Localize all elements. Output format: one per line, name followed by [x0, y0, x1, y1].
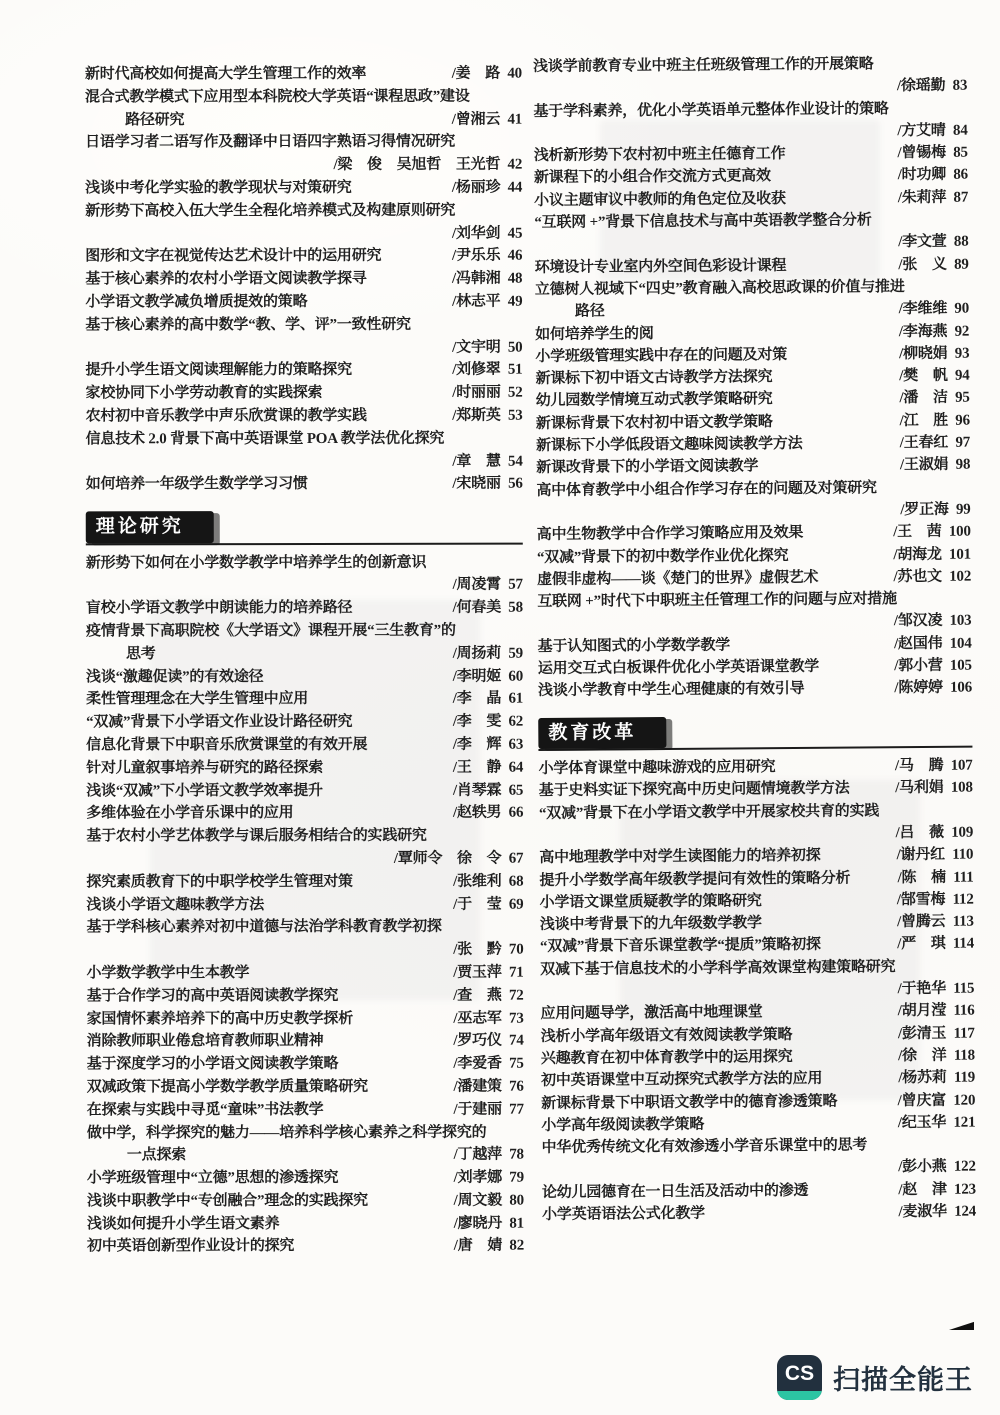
entry-title: 浅谈小学语文趣味教学方法	[86, 894, 264, 917]
camscanner-logo-label: 扫描全能王	[833, 1358, 973, 1397]
entry-line: 小学数学教学中生本教学/贾玉萍 71	[87, 962, 524, 986]
entry-title: 日语学习者二语写作及翻译中日语四字熟语习得情况研究	[85, 131, 455, 154]
entry-title: 小学高年级阅读教学策略	[541, 1113, 704, 1137]
entry-author-page: /曾锡梅 85	[897, 142, 967, 165]
entry-line: 做中学，科学探究的魅力——培养科学核心素养之科学探究的	[87, 1121, 524, 1145]
entry-author-page: /杨丽珍 44	[452, 177, 522, 200]
toc-entry: 基于合作学习的高中英语阅读教学探究/查 燕 72	[87, 984, 524, 1008]
entry-title: 在探索与实践中寻觅“童味”书法教学	[87, 1099, 324, 1122]
entry-author-page: /朱莉萍 87	[898, 186, 968, 209]
entry-author-page: /刘修翠 51	[452, 359, 522, 382]
entry-title: 新形势下如何在小学数学教学中培养学生的创新意识	[86, 551, 426, 574]
entry-line: 图形和文字在视觉传达艺术设计中的运用研究/尹乐乐 46	[85, 245, 522, 269]
toc-entry: 消除教师职业倦怠培育教师职业精神/罗巧仪 74	[87, 1030, 524, 1054]
camscanner-logo-icon: CS	[777, 1355, 822, 1400]
entry-title: 新课标背景下中职语文教学中的德育渗透策略	[541, 1090, 837, 1115]
entry-line: 消除教师职业倦怠培育教师职业精神/罗巧仪 74	[87, 1030, 524, 1054]
entry-title: 基于核心素养的高中数学“教、学、评”一致性研究	[85, 314, 410, 337]
entry-author-page: /麦淑华 124	[898, 1201, 976, 1224]
entry-title: “互联网 +”背景下信息技术与高中英语教学整合分析	[534, 209, 871, 234]
entry-title: 柔性管理理念在大学生管理中应用	[86, 688, 308, 711]
entry-line: 如何培养一年级学生数学学习习惯/宋晓丽 56	[86, 473, 523, 497]
entry-title: 基于认知图式的小学数学教学	[538, 634, 731, 658]
entry-title: 探究素质教育下的中职学校学生管理对策	[86, 871, 352, 894]
entry-line: 多维体验在小学音乐课中的应用/赵轶男 66	[86, 802, 523, 826]
entry-title: 如何培养一年级学生数学学习习惯	[86, 473, 308, 496]
entry-line: 基于农村小学艺体教学与课后服务相结合的实践研究	[86, 825, 523, 849]
entry-title: 小学班级管理实践中存在的问题及对策	[535, 344, 787, 368]
entry-title: 浅谈“激趣促读”的有效途径	[86, 666, 263, 689]
entry-author-page: /赵 津 123	[898, 1178, 976, 1201]
entry-author-page: /吕 薇 109	[895, 822, 973, 845]
toc-entry: 基于史料实证下探究高中历史问题情境教学方法/马利娟 108	[539, 777, 973, 803]
toc-entry: 新形势下如何在小学数学教学中培养学生的创新意识/周凌霄 57	[86, 551, 523, 597]
toc-entry: 基于核心素养的高中数学“教、学、评”一致性研究/文宇明 50	[85, 313, 522, 359]
entry-author-page: /马 腾 107	[895, 755, 973, 778]
entry-title-continuation: 思考	[86, 643, 156, 666]
entry-title-continuation: 路径研究	[85, 109, 184, 132]
entry-line: 家国情怀素养培养下的高中历史教学探析/巫志军 73	[87, 1007, 524, 1031]
entry-title: 高中生物教学中合作学习策略应用及效果	[537, 522, 804, 546]
entry-line: 提升小学生语文阅读理解能力的策略探究/刘修翠 51	[85, 359, 522, 383]
entry-author-page: /周文毅 80	[454, 1190, 524, 1213]
entry-line: 新形势下如何在小学数学教学中培养学生的创新意识	[86, 551, 523, 575]
toc-column-right: 浅谈学前教育专业中班主任班级管理工作的开展策略/徐瑶勤 83基于学科素养，优化小…	[533, 53, 976, 1227]
entry-title: “双减”背景下在小学语文教学中开展家校共育的实践	[539, 800, 879, 825]
entry-line: 日语学习者二语写作及翻译中日语四字熟语习得情况研究	[85, 131, 522, 155]
entry-title-continuation: 路径	[535, 301, 605, 324]
entry-title: 基于史料实证下探究高中历史问题情境教学方法	[539, 778, 850, 803]
entry-title: 中华优秀传统文化有效渗透小学音乐课堂中的思考	[541, 1135, 867, 1160]
entry-author-page: /时功卿 86	[898, 164, 968, 187]
entry-author-page: /赵国伟 104	[894, 632, 972, 655]
toc-entry: 立德树人视域下“四史”教育融入高校思政课的价值与推进路径/李维维 90	[535, 276, 969, 324]
entry-line: 小议主题审议中教师的角色定位及收获/朱莉萍 87	[534, 186, 968, 212]
camscanner-watermark: CS 扫描全能王	[777, 1355, 973, 1400]
entry-title: 基于学科核心素养对初中道德与法治学科教育教学初探	[86, 916, 441, 939]
toc-entry: 提升小学生语文阅读理解能力的策略探究/刘修翠 51	[85, 359, 522, 383]
toc-entry: 双减政策下提高小学数学教学质量策略研究/潘建策 76	[87, 1076, 524, 1100]
entry-author-page: /宋晓丽 56	[452, 473, 522, 496]
entry-title: 高中地理教学中对学生读图能力的培养初探	[539, 845, 820, 870]
entry-title: 新课标背景下农村初中语文教学策略	[536, 411, 773, 435]
entry-title: 做中学，科学探究的魅力——培养科学核心素养之科学探究的	[87, 1121, 487, 1144]
entry-line: 虚假非虚构——谈《楚门的世界》虚假艺术/苏也文 102	[537, 565, 971, 591]
entry-continuation-line: /徐瑶勤 83	[533, 75, 967, 101]
entry-author-page: /林志平 49	[452, 291, 522, 314]
toc-entry: 疫情背景下高职院校《大学语文》课程开展“三生教育”的思考/周扬莉 59	[86, 620, 523, 666]
entry-title: 浅谈中考背景下的九年级数学教学	[540, 912, 762, 936]
entry-title: 浅析新形势下农村初中班主任德育工作	[534, 143, 786, 167]
entry-title: 立德树人视域下“四史”教育融入高校思政课的价值与推进	[535, 276, 905, 301]
entry-line: 初中英语创新型作业设计的探究/唐 婧 82	[87, 1235, 524, 1259]
entry-title: 新课标下小学低段语文趣味阅读教学方法	[536, 433, 803, 457]
entry-author-page: /潘建策 76	[453, 1076, 523, 1099]
entry-author-page: /于艳华 115	[898, 978, 975, 1001]
entry-line: 基于合作学习的高中英语阅读教学探究/查 燕 72	[87, 984, 524, 1008]
entry-title: 基于合作学习的高中英语阅读教学探究	[87, 985, 339, 1008]
toc-entry: 小学班级管理中“立德”思想的渗透探究/刘孝娜 79	[87, 1167, 524, 1191]
entry-title-continuation: 一点探索	[87, 1145, 186, 1168]
entry-author-page: /彭清玉 117	[898, 1022, 975, 1045]
entry-title: 基于核心素养的农村小学语文阅读教学探寻	[85, 268, 366, 291]
entry-author-page: /李海燕 92	[899, 320, 969, 343]
toc-entry: 基于学科素养，优化小学英语单元整体作业设计的策略/方艾晴 84	[533, 97, 967, 145]
entry-title: 双减下基于信息技术的小学科学高效课堂构建策略研究	[540, 956, 895, 981]
toc-entry: 信息化背景下中职音乐欣赏课堂的有效开展/李 辉 63	[86, 734, 523, 758]
entry-title: 小学英语语法公式化教学	[542, 1203, 705, 1227]
entry-author-page: /丁越萍 78	[454, 1144, 524, 1167]
entry-line: 基于学科核心素养对初中道德与法治学科教育教学初探	[86, 916, 523, 940]
entry-title: 新课程下的小组合作交流方式更高效	[534, 166, 771, 190]
entry-title: 浅谈中职教学中“专创融合”理念的实践探究	[87, 1190, 368, 1213]
entry-title: 信息技术 2.0 背景下高中英语课堂 POA 教学法优化探究	[86, 428, 445, 451]
toc-entry: 浅谈小学教育中学生心理健康的有效引导/陈婷婷 106	[538, 677, 972, 703]
entry-line: 小学英语语法公式化教学/麦淑华 124	[542, 1201, 976, 1227]
entry-author-page: /刘华剑 45	[452, 222, 522, 245]
entry-title: 信息化背景下中职音乐欣赏课堂的有效开展	[86, 734, 367, 757]
entry-title: 运用交互式白板课件优化小学英语课堂教学	[538, 656, 819, 681]
entry-continuation-line: 思考/周扬莉 59	[86, 642, 523, 666]
toc-entry: “双减”背景下在小学语文教学中开展家校共育的实践/吕 薇 109	[539, 799, 973, 847]
entry-author-page: /冯韩湘 48	[452, 268, 522, 291]
entry-author-page: /纪玉华 121	[898, 1111, 976, 1134]
entry-author-page: /郑斯英 53	[452, 405, 522, 428]
toc-entry: 高中体育教学中小组合作学习存在的问题及对策研究/罗正海 99	[536, 476, 970, 524]
entry-title: 基于学科素养，优化小学英语单元整体作业设计的策略	[533, 98, 888, 123]
entry-author-page: /陈婷婷 106	[894, 677, 972, 700]
toc-entry: “互联网 +”背景下信息技术与高中英语教学整合分析/李文萱 88	[534, 209, 968, 257]
entry-line: 新课改背景下的小学语文阅读教学/王淑娟 98	[536, 454, 970, 480]
toc-entry: “双减”背景下小学语文作业设计路径研究/李 雯 62	[86, 711, 523, 735]
entry-author-page: /王淑娟 98	[900, 454, 970, 477]
entry-author-page: /胡海龙 101	[893, 543, 971, 566]
entry-author-page: /张 义 89	[898, 253, 968, 276]
entry-author-page: /李 晶 61	[453, 688, 523, 711]
entry-title: 浅谈中考化学实验的教学现状与对策研究	[85, 177, 351, 200]
entry-author-page: /谢丹红 110	[896, 844, 973, 867]
entry-line: 探究素质教育下的中职学校学生管理对策/张维利 68	[86, 870, 523, 894]
entry-line: 浅谈中考化学实验的教学现状与对策研究/杨丽珍 44	[85, 177, 522, 201]
entry-title: 家国情怀素养培养下的高中历史教学探析	[87, 1007, 353, 1030]
toc-entry: 家国情怀素养培养下的高中历史教学探析/巫志军 73	[87, 1007, 524, 1031]
entry-author-page: /贾玉萍 71	[453, 962, 523, 985]
entry-author-page: /郜雪梅 112	[897, 888, 974, 911]
entry-author-page: /胡月滢 116	[898, 1000, 975, 1023]
entry-author-page: /廖晓丹 81	[454, 1212, 524, 1235]
entry-line: 基于核心素养的高中数学“教、学、评”一致性研究	[85, 313, 522, 337]
entry-title: “双减”背景下的初中数学作业优化探究	[537, 545, 789, 569]
entry-title: 虚假非虚构——谈《楚门的世界》虚假艺术	[537, 567, 818, 592]
toc-entry: 小学数学教学中生本教学/贾玉萍 71	[87, 962, 524, 986]
entry-title: “双减”背景下小学语文作业设计路径研究	[86, 711, 352, 734]
toc-entry: 小学英语语法公式化教学/麦淑华 124	[542, 1201, 976, 1227]
toc-entry: 家校协同下小学劳动教育的实践探索/时丽丽 52	[86, 382, 523, 406]
entry-author-page: /樊 帆 94	[899, 365, 969, 388]
logo-strip	[777, 1391, 822, 1400]
entry-title: 新时代高校如何提高大学生管理工作的效率	[85, 63, 366, 86]
entry-continuation-line: /梁 俊 吴旭哲 王光哲 42	[85, 154, 522, 178]
entry-author-page: /柳晓娟 93	[899, 342, 969, 365]
toc-entry: 基于核心素养的农村小学语文阅读教学探寻/冯韩湘 48	[85, 268, 522, 292]
entry-line: 农村初中音乐教学中声乐欣赏课的教学实践/郑斯英 53	[86, 405, 523, 429]
toc-entry: 信息技术 2.0 背景下高中英语课堂 POA 教学法优化探究/章 慧 54	[86, 427, 523, 473]
toc-entry: 小学高年级阅读教学策略/纪玉华 121	[541, 1111, 975, 1137]
entry-author-page: /曾腾云 113	[897, 911, 974, 934]
entry-line: 小学班级管理中“立德”思想的渗透探究/刘孝娜 79	[87, 1167, 524, 1191]
section-header-label: 理论研究	[86, 511, 214, 543]
entry-line: 家校协同下小学劳动教育的实践探索/时丽丽 52	[86, 382, 523, 406]
entry-title: 新课改背景下的小学语文阅读教学	[536, 456, 758, 480]
entry-continuation-line: /章 慧 54	[86, 450, 523, 474]
entry-author-page: /何春美 58	[453, 597, 523, 620]
entry-author-page: /李 雯 62	[453, 711, 523, 734]
entry-author-page: /张维利 68	[453, 870, 523, 893]
toc-entry: 做中学，科学探究的魅力——培养科学核心素养之科学探究的一点探索/丁越萍 78	[87, 1121, 524, 1167]
entry-author-page: /彭小燕 122	[898, 1156, 976, 1179]
entry-title: 高中体育教学中小组合作学习存在的问题及对策研究	[536, 477, 877, 502]
entry-title: 基于农村小学艺体教学与课后服务相结合的实践研究	[86, 825, 426, 848]
entry-title: 互联网 +”时代下中职班主任管理工作的问题与应对措施	[537, 588, 897, 613]
entry-title: 浅谈小学教育中学生心理健康的有效引导	[538, 678, 805, 702]
entry-line: 混合式教学模式下应用型本科院校大学英语“课程思政”建设	[85, 85, 522, 109]
entry-title: 浅析小学高年级语文有效阅读教学策略	[541, 1024, 793, 1048]
entry-author-page: /赵轶男 66	[453, 802, 523, 825]
entry-author-page: /江 胜 96	[900, 409, 970, 432]
toc-entry: 小学语文教学减负增质提效的策略/林志平 49	[85, 291, 522, 315]
toc-entry: 新课改背景下的小学语文阅读教学/王淑娟 98	[536, 454, 970, 480]
entry-author-page: /王春红 97	[900, 432, 970, 455]
toc-entry: 新形势下高校入伍大学生全程化培养模式及构建原则研究/刘华剑 45	[85, 199, 522, 245]
entry-author-page: /李爱香 75	[453, 1053, 523, 1076]
toc-entry: 浅谈小学语文趣味教学方法/于 莹 69	[86, 893, 523, 917]
scan-corner-mark	[949, 1321, 974, 1330]
entry-author-page: /覃师令 徐 令 67	[394, 848, 524, 871]
entry-title: 兴趣教育在初中体育教学中的运用探究	[541, 1046, 793, 1070]
toc-entry: 基于深度学习的小学语文阅读教学策略/李爱香 75	[87, 1053, 524, 1077]
entry-title: 盲校小学语文教学中朗读能力的培养路径	[86, 597, 352, 620]
entry-author-page: /方艾晴 84	[897, 119, 967, 142]
toc-entry: 基于学科核心素养对初中道德与法治学科教育教学初探/张 黔 70	[86, 916, 523, 962]
section-header-label: 教育改革	[538, 717, 666, 749]
entry-line: “双减”背景下音乐课堂教学“提质”策略初探/严 琪 114	[540, 933, 974, 959]
entry-line: 新时代高校如何提高大学生管理工作的效率/姜 路 40	[85, 63, 522, 87]
entry-title: 浅谈学前教育专业中班主任班级管理工作的开展策略	[533, 53, 874, 78]
entry-author-page: /查 燕 72	[453, 984, 523, 1007]
entry-author-page: /潘 洁 95	[899, 387, 969, 410]
entry-author-page: /李明姬 60	[453, 665, 523, 688]
entry-title: 新形势下高校入伍大学生全程化培养模式及构建原则研究	[85, 200, 455, 223]
entry-continuation-line: /张 黔 70	[86, 939, 523, 963]
entry-line: 浅谈“激趣促读”的有效途径/李明姬 60	[86, 665, 523, 689]
entry-author-page: /于 莹 69	[453, 893, 523, 916]
toc-entry: 探究素质教育下的中职学校学生管理对策/张维利 68	[86, 870, 523, 894]
entry-author-page: /李文萱 88	[898, 231, 968, 254]
toc-column-left: 新时代高校如何提高大学生管理工作的效率/姜 路 40混合式教学模式下应用型本科院…	[85, 63, 524, 1259]
entry-author-page: /肖琴霖 65	[453, 779, 523, 802]
entry-author-page: /马利娟 108	[895, 777, 973, 800]
entry-line: 盲校小学语文教学中朗读能力的培养路径/何春美 58	[86, 597, 523, 621]
entry-line: 基于深度学习的小学语文阅读教学策略/李爱香 75	[87, 1053, 524, 1077]
entry-title: 环境设计专业室内外空间色彩设计课程	[535, 255, 787, 279]
entry-line: 新形势下高校入伍大学生全程化培养模式及构建原则研究	[85, 199, 522, 223]
entry-title: 基于深度学习的小学语文阅读教学策略	[87, 1053, 339, 1076]
toc-entry: 柔性管理理念在大学生管理中应用/李 晶 61	[86, 688, 523, 712]
entry-title: 针对儿童叙事培养与研究的路径探索	[86, 757, 323, 780]
entry-author-page: /曾庆富 120	[898, 1089, 976, 1112]
toc-entry: 如何培养一年级学生数学学习习惯/宋晓丽 56	[86, 473, 523, 497]
entry-title: 小学语文教学减负增质提效的策略	[85, 291, 307, 314]
entry-title: 疫情背景下高职院校《大学语文》课程开展“三生教育”的	[86, 620, 456, 643]
entry-author-page: /王 茜 100	[893, 521, 971, 544]
entry-author-page: /唐 婧 82	[454, 1235, 524, 1258]
entry-title: 双减政策下提高小学数学教学质量策略研究	[87, 1076, 368, 1099]
entry-title: 消除教师职业倦怠培育教师职业精神	[87, 1030, 324, 1053]
entry-author-page: /梁 俊 吴旭哲 王光哲 42	[333, 154, 522, 177]
toc-entry: 针对儿童叙事培养与研究的路径探索/王 静 64	[86, 756, 523, 780]
entry-line: 针对儿童叙事培养与研究的路径探索/王 静 64	[86, 756, 523, 780]
entry-author-page: /陈 楠 111	[897, 866, 973, 889]
entry-line: 在探索与实践中寻觅“童味”书法教学/于建丽 77	[87, 1098, 524, 1122]
entry-title: “双减”背景下音乐课堂教学“提质”策略初探	[540, 934, 821, 959]
entry-author-page: /周凌霄 57	[453, 574, 523, 597]
entry-title: 小学语文课堂质疑教学的策略研究	[540, 890, 762, 914]
entry-author-page: /于建丽 77	[453, 1098, 523, 1121]
entry-author-page: /严 琪 114	[897, 933, 974, 956]
entry-author-page: /章 慧 54	[452, 450, 522, 473]
entry-author-page: /罗正海 99	[900, 499, 970, 522]
toc-entry: 中华优秀传统文化有效渗透小学音乐课堂中的思考/彭小燕 122	[541, 1134, 975, 1182]
entry-title: 浅谈“双减”下小学语文教学效率提升	[86, 780, 323, 803]
toc-entry: 浅谈中职教学中“专创融合”理念的实践探究/周文毅 80	[87, 1190, 524, 1214]
entry-title: 新课标下初中语文古诗教学方法探究	[535, 366, 772, 390]
entry-title: 家校协同下小学劳动教育的实践探索	[86, 382, 323, 405]
entry-title: 多维体验在小学音乐课中的应用	[86, 802, 293, 825]
entry-line: 小学语文教学减负增质提效的策略/林志平 49	[85, 291, 522, 315]
entry-line: 浅谈“双减”下小学语文教学效率提升/肖琴霖 65	[86, 779, 523, 803]
entry-author-page: /郭小营 105	[894, 655, 972, 678]
entry-title: 浅谈如何提升小学生语文素养	[87, 1213, 279, 1236]
toc-entry: 新时代高校如何提高大学生管理工作的效率/姜 路 40	[85, 63, 522, 87]
entry-author-page: /张 黔 70	[453, 939, 523, 962]
entry-title: 小学数学教学中生本教学	[87, 962, 250, 985]
entry-title: 小学体育课堂中趣味游戏的应用研究	[539, 756, 776, 780]
entry-author-page: /苏也文 102	[893, 565, 971, 588]
toc-entry: 日语学习者二语写作及翻译中日语四字熟语习得情况研究/梁 俊 吴旭哲 王光哲 42	[85, 131, 522, 177]
toc-entry: 多维体验在小学音乐课中的应用/赵轶男 66	[86, 802, 523, 826]
entry-author-page: /徐 洋 118	[898, 1044, 975, 1067]
entry-author-page: /李 辉 63	[453, 734, 523, 757]
entry-author-page: /刘孝娜 79	[454, 1167, 524, 1190]
toc-entry: 浅谈“双减”下小学语文教学效率提升/肖琴霖 65	[86, 779, 523, 803]
toc-entry: 基于农村小学艺体教学与课后服务相结合的实践研究/覃师令 徐 令 67	[86, 825, 523, 871]
entry-author-page: /时丽丽 52	[452, 382, 522, 405]
entry-author-page: /杨苏莉 119	[898, 1067, 975, 1090]
toc-entry: 图形和文字在视觉传达艺术设计中的运用研究/尹乐乐 46	[85, 245, 522, 269]
entry-title: 初中英语创新型作业设计的探究	[87, 1236, 294, 1259]
entry-title: 图形和文字在视觉传达艺术设计中的运用研究	[85, 245, 381, 268]
section-header: 理论研究	[86, 511, 523, 545]
entry-title: 如何培养学生的阅	[535, 323, 654, 346]
toc-entry: 互联网 +”时代下中职班主任管理工作的问题与应对措施/邹汉凌 103	[537, 588, 971, 636]
entry-line: 疫情背景下高职院校《大学语文》课程开展“三生教育”的	[86, 620, 523, 644]
entry-title: 小学班级管理中“立德”思想的渗透探究	[87, 1167, 338, 1190]
entry-line: 基于史料实证下探究高中历史问题情境教学方法/马利娟 108	[539, 777, 973, 803]
entry-title: 论幼儿园德育在一日生活及活动中的渗透	[542, 1180, 809, 1204]
entry-line: 浅谈如何提升小学生语文素养/廖晓丹 81	[87, 1212, 524, 1236]
toc-entry: 浅谈“激趣促读”的有效途径/李明姬 60	[86, 665, 523, 689]
toc-entry: 在探索与实践中寻觅“童味”书法教学/于建丽 77	[87, 1098, 524, 1122]
entry-author-page: /尹乐乐 46	[452, 245, 522, 268]
entry-continuation-line: /覃师令 徐 令 67	[86, 848, 523, 872]
entry-author-page: /李维维 90	[899, 298, 969, 321]
toc-entry: 初中英语创新型作业设计的探究/唐 婧 82	[87, 1235, 524, 1259]
entry-continuation-line: /刘华剑 45	[85, 222, 522, 246]
toc-entry: 小议主题审议中教师的角色定位及收获/朱莉萍 87	[534, 186, 968, 212]
entry-continuation-line: 路径研究/曾湘云 41	[85, 108, 522, 132]
entry-title: 应用问题导学，激活高中地理课堂	[540, 1002, 762, 1026]
entry-continuation-line: 一点探索/丁越萍 78	[87, 1144, 524, 1168]
entry-author-page: /周扬莉 59	[453, 642, 523, 665]
toc-entry: 浅谈中考化学实验的教学现状与对策研究/杨丽珍 44	[85, 177, 522, 201]
toc-entry: “双减”背景下音乐课堂教学“提质”策略初探/严 琪 114	[540, 933, 974, 959]
toc-entry: 虚假非虚构——谈《楚门的世界》虚假艺术/苏也文 102	[537, 565, 971, 591]
entry-author-page: /邹汉凌 103	[894, 610, 972, 633]
entry-line: 小学高年级阅读教学策略/纪玉华 121	[541, 1111, 975, 1137]
entry-continuation-line: /周凌霄 57	[86, 574, 523, 598]
entry-author-page: /文宇明 50	[452, 336, 522, 359]
entry-title: 混合式教学模式下应用型本科院校大学英语“课程思政”建设	[85, 86, 470, 109]
entry-line: “双减”背景下小学语文作业设计路径研究/李 雯 62	[86, 711, 523, 735]
entry-line: 信息化背景下中职音乐欣赏课堂的有效开展/李 辉 63	[86, 734, 523, 758]
entry-author-page: /曾湘云 41	[452, 108, 522, 131]
entry-line: 浅谈小学语文趣味教学方法/于 莹 69	[86, 893, 523, 917]
entry-author-page: /罗巧仪 74	[453, 1030, 523, 1053]
entry-line: 柔性管理理念在大学生管理中应用/李 晶 61	[86, 688, 523, 712]
entry-title: 农村初中音乐教学中声乐欣赏课的教学实践	[86, 405, 367, 428]
toc-entry: 浅谈如何提升小学生语文素养/廖晓丹 81	[87, 1212, 524, 1236]
entry-author-page: /王 静 64	[453, 756, 523, 779]
entry-title: 提升小学数学高年级教学提问有效性的策略分析	[539, 867, 850, 892]
entry-title: 小议主题审议中教师的角色定位及收获	[534, 188, 786, 212]
scanned-page: 新时代高校如何提高大学生管理工作的效率/姜 路 40混合式教学模式下应用型本科院…	[0, 0, 1000, 1415]
cs-logo-text: CS	[785, 1362, 814, 1386]
entry-line: 浅谈中职教学中“专创融合”理念的实践探究/周文毅 80	[87, 1190, 524, 1214]
toc-entry: 农村初中音乐教学中声乐欣赏课的教学实践/郑斯英 53	[86, 405, 523, 429]
toc-entry: 浅谈学前教育专业中班主任班级管理工作的开展策略/徐瑶勤 83	[533, 53, 967, 101]
section-header: 教育改革	[538, 714, 972, 751]
entry-author-page: /徐瑶勤 83	[897, 75, 967, 98]
entry-continuation-line: /文宇明 50	[85, 336, 522, 360]
entry-author-page: /姜 路 40	[452, 63, 522, 86]
entry-title: 初中英语课堂中互动探究式教学方法的应用	[541, 1068, 822, 1093]
entry-title: 幼儿园数学情境互动式教学策略研究	[536, 389, 773, 413]
entry-line: 浅谈小学教育中学生心理健康的有效引导/陈婷婷 106	[538, 677, 972, 703]
toc-entry: 双减下基于信息技术的小学科学高效课堂构建策略研究/于艳华 115	[540, 955, 974, 1003]
entry-line: 信息技术 2.0 背景下高中英语课堂 POA 教学法优化探究	[86, 427, 523, 451]
entry-author-page: /巫志军 73	[453, 1007, 523, 1030]
toc-entry: 混合式教学模式下应用型本科院校大学英语“课程思政”建设路径研究/曾湘云 41	[85, 85, 522, 131]
entry-line: 基于核心素养的农村小学语文阅读教学探寻/冯韩湘 48	[85, 268, 522, 292]
entry-line: 双减政策下提高小学数学教学质量策略研究/潘建策 76	[87, 1076, 524, 1100]
entry-title: 提升小学生语文阅读理解能力的策略探究	[85, 359, 351, 382]
toc-entry: 盲校小学语文教学中朗读能力的培养路径/何春美 58	[86, 597, 523, 621]
